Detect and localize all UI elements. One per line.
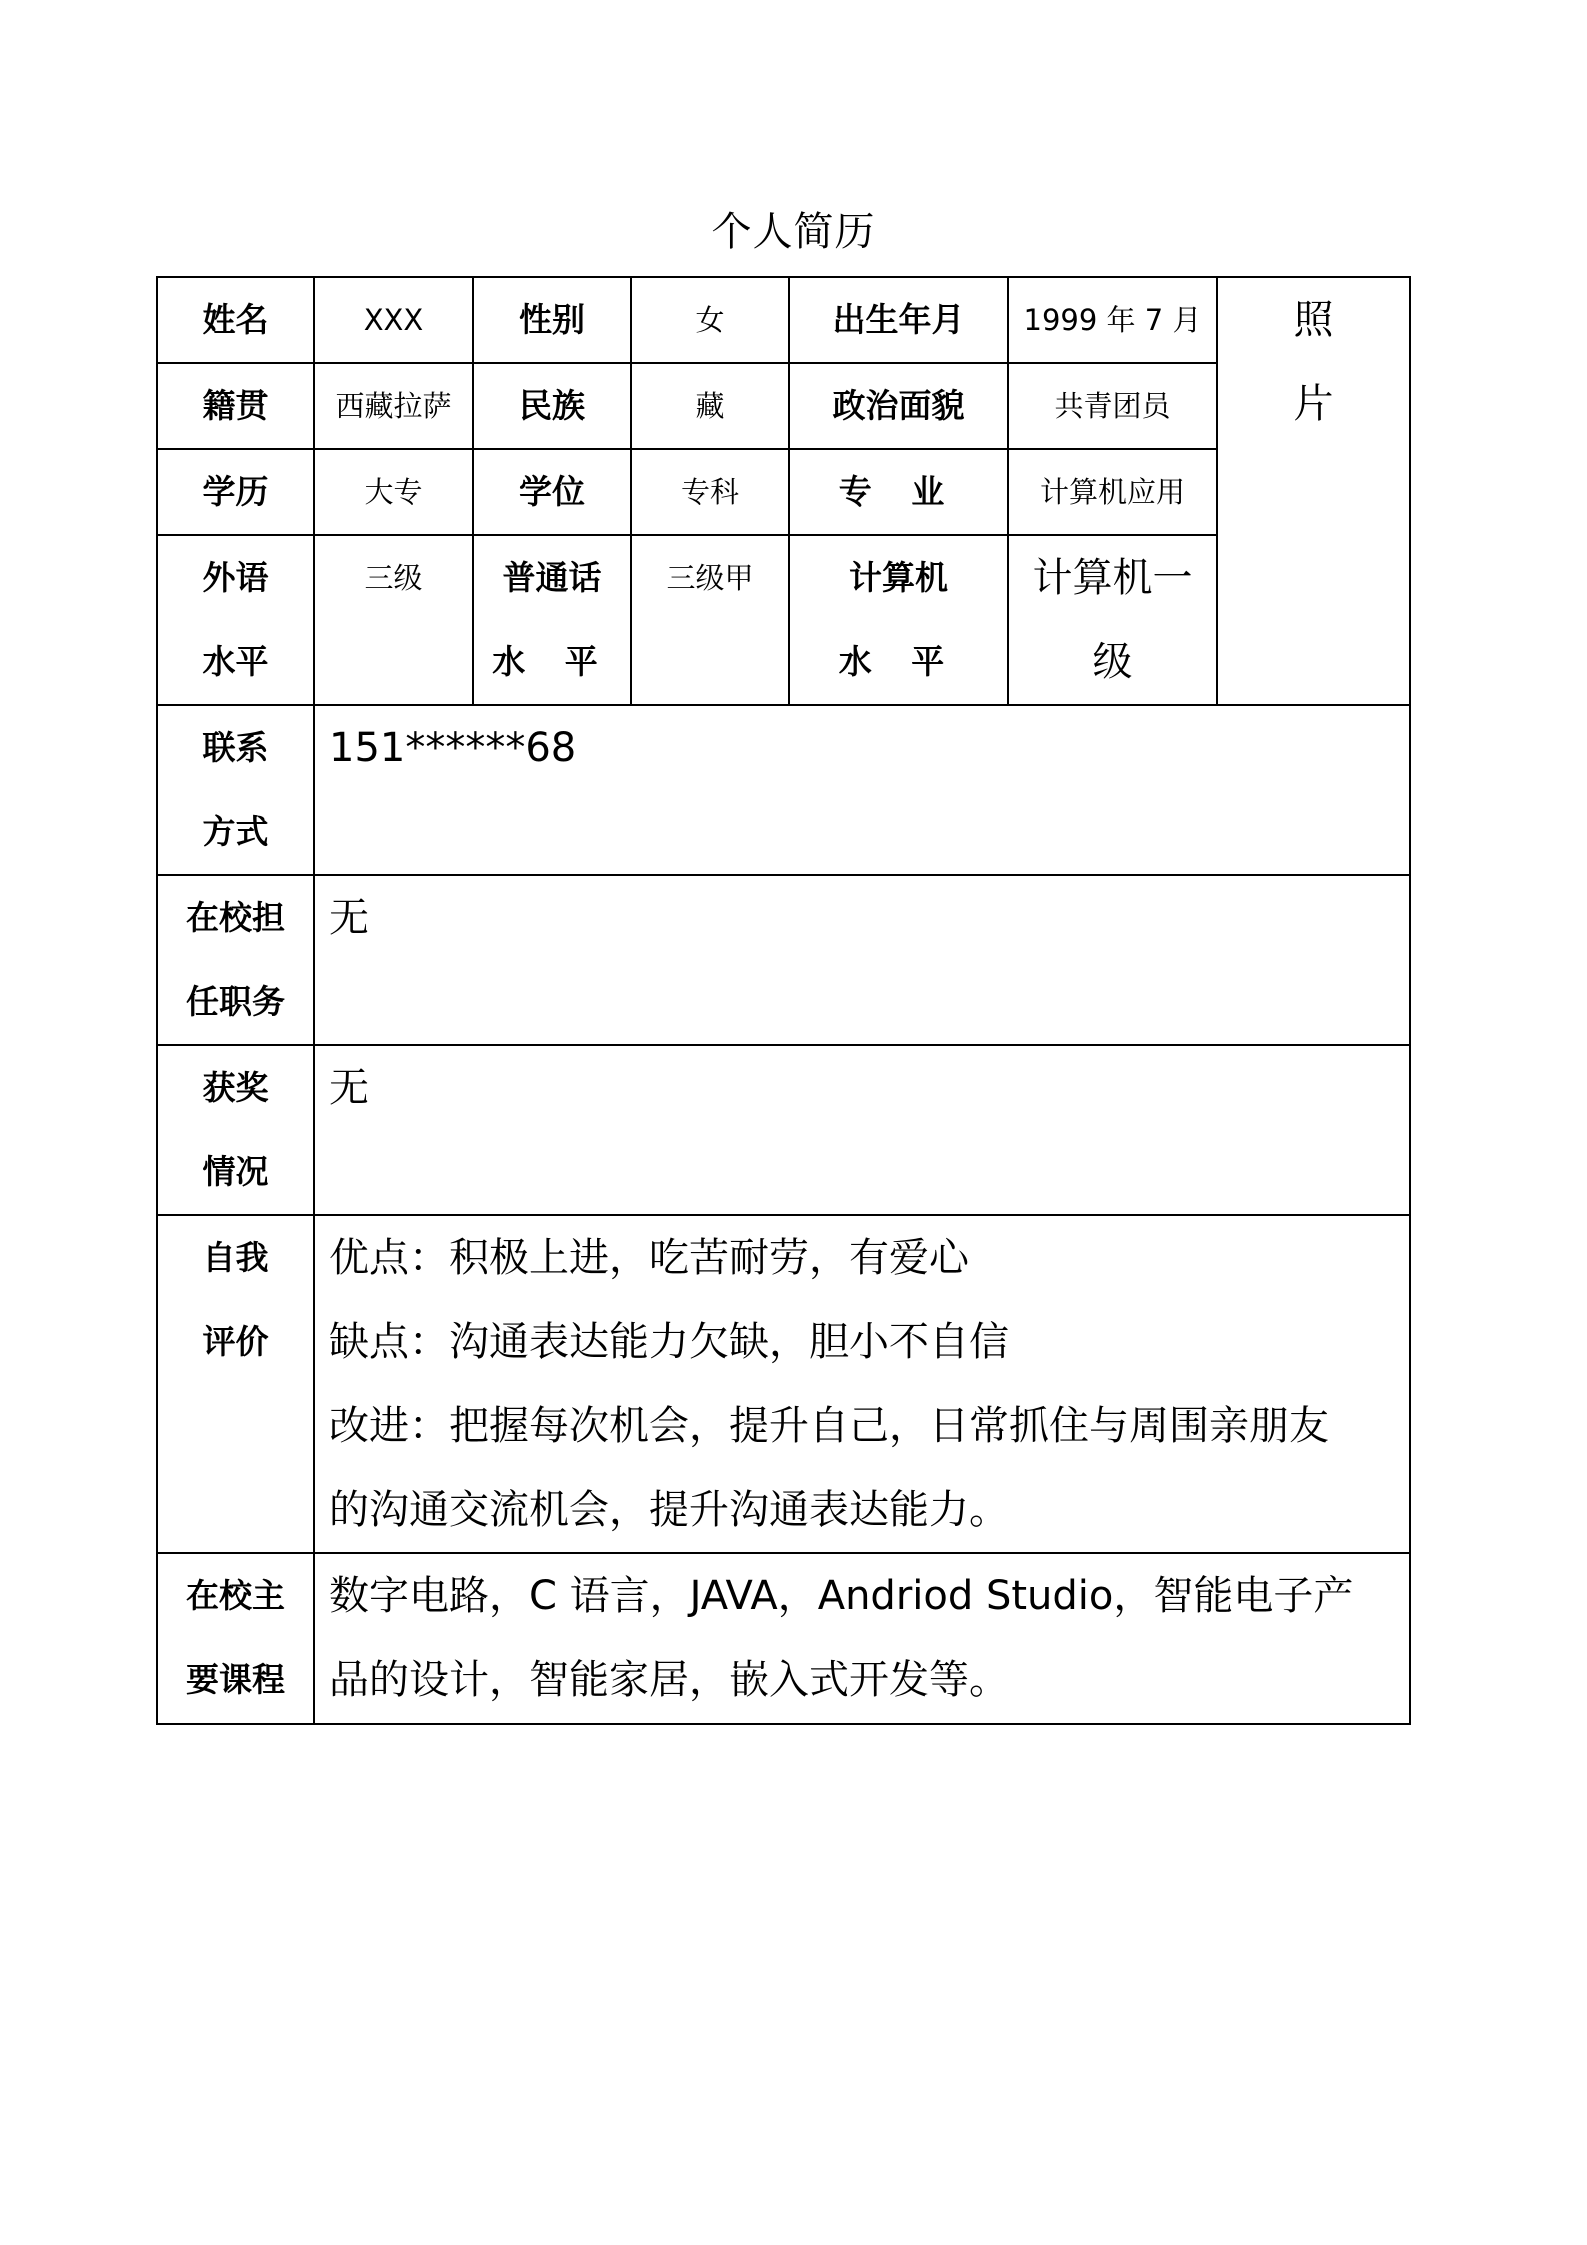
mandarin-label-line2: 水 平 [474, 620, 630, 704]
awards-label-line1: 获奖 [158, 1046, 313, 1130]
degree-value: 专科 [631, 449, 789, 535]
phone-number: 151******68 [329, 706, 1403, 790]
computer-level-label-line1: 计算机 [790, 536, 1007, 620]
political-label: 政治面貌 [789, 363, 1008, 449]
awards-value: 无 [314, 1045, 1410, 1215]
mandarin-label-line1: 普通话 [474, 536, 630, 620]
computer-level-label-line2: 水 平 [790, 620, 1007, 704]
weaknesses-line: 缺点：沟通表达能力欠缺，胆小不自信 [329, 1300, 1403, 1384]
courses-line-2: 品的设计，智能家居，嵌入式开发等。 [329, 1638, 1403, 1722]
school-position-label-line1: 在校担 [158, 876, 313, 960]
school-position-text: 无 [329, 876, 1403, 960]
row-name-gender-birth: 姓名 XXX 性别 女 出生年月 1999 年 7 月 照 片 [157, 277, 1410, 363]
mandarin-value: 三级甲 [631, 535, 789, 705]
self-evaluation-label-line1: 自我 [158, 1216, 313, 1300]
school-position-label: 在校担 任职务 [157, 875, 314, 1045]
row-school-position: 在校担 任职务 无 [157, 875, 1410, 1045]
native-place-value: 西藏拉萨 [314, 363, 473, 449]
education-label: 学历 [157, 449, 314, 535]
degree-label: 学位 [473, 449, 631, 535]
self-evaluation-label: 自我 评价 [157, 1215, 314, 1553]
courses-label-line1: 在校主 [158, 1554, 313, 1638]
school-position-label-line2: 任职务 [158, 960, 313, 1044]
photo-label-line2: 片 [1218, 362, 1409, 446]
page-title: 个人简历 [0, 206, 1587, 258]
native-place-label: 籍贯 [157, 363, 314, 449]
computer-level-value-line2: 级 [1009, 620, 1216, 704]
gender-label: 性别 [473, 277, 631, 363]
strengths-line: 优点：积极上进，吃苦耐劳，有爱心 [329, 1216, 1403, 1300]
courses-label: 在校主 要课程 [157, 1553, 314, 1724]
foreign-language-label-line1: 外语 [158, 536, 313, 620]
awards-label: 获奖 情况 [157, 1045, 314, 1215]
name-value: XXX [314, 277, 473, 363]
courses-line-1: 数字电路，C 语言，JAVA，Andriod Studio，智能电子产 [329, 1554, 1403, 1638]
major-value: 计算机应用 [1008, 449, 1217, 535]
birth-label: 出生年月 [789, 277, 1008, 363]
self-evaluation-label-line2: 评价 [158, 1300, 313, 1384]
self-evaluation-value: 优点：积极上进，吃苦耐劳，有爱心 缺点：沟通表达能力欠缺，胆小不自信 改进：把握… [314, 1215, 1410, 1553]
gender-value: 女 [631, 277, 789, 363]
education-value: 大专 [314, 449, 473, 535]
ethnicity-label: 民族 [473, 363, 631, 449]
foreign-language-label: 外语 水平 [157, 535, 314, 705]
row-courses: 在校主 要课程 数字电路，C 语言，JAVA，Andriod Studio，智能… [157, 1553, 1410, 1724]
courses-value: 数字电路，C 语言，JAVA，Andriod Studio，智能电子产 品的设计… [314, 1553, 1410, 1724]
birth-value: 1999 年 7 月 [1008, 277, 1217, 363]
photo-label-line1: 照 [1218, 278, 1409, 362]
computer-level-value-line1: 计算机一 [1009, 536, 1216, 620]
school-position-value: 无 [314, 875, 1410, 1045]
photo-placeholder: 照 片 [1217, 277, 1410, 705]
row-awards: 获奖 情况 无 [157, 1045, 1410, 1215]
name-label: 姓名 [157, 277, 314, 363]
computer-level-label: 计算机 水 平 [789, 535, 1008, 705]
foreign-language-label-line2: 水平 [158, 620, 313, 704]
contact-label: 联系 方式 [157, 705, 314, 875]
major-label: 专 业 [789, 449, 1008, 535]
mandarin-label: 普通话 水 平 [473, 535, 631, 705]
contact-label-line1: 联系 [158, 706, 313, 790]
row-contact: 联系 方式 151******68 [157, 705, 1410, 875]
row-self-evaluation: 自我 评价 优点：积极上进，吃苦耐劳，有爱心 缺点：沟通表达能力欠缺，胆小不自信… [157, 1215, 1410, 1553]
contact-value: 151******68 [314, 705, 1410, 875]
political-value: 共青团员 [1008, 363, 1217, 449]
ethnicity-value: 藏 [631, 363, 789, 449]
courses-label-line2: 要课程 [158, 1638, 313, 1722]
resume-table: 姓名 XXX 性别 女 出生年月 1999 年 7 月 照 片 籍贯 西藏拉萨 … [156, 276, 1411, 1725]
awards-label-line2: 情况 [158, 1130, 313, 1214]
contact-label-line2: 方式 [158, 790, 313, 874]
improvement-line-continued: 的沟通交流机会，提升沟通表达能力。 [329, 1468, 1403, 1552]
foreign-language-value: 三级 [314, 535, 473, 705]
computer-level-value: 计算机一 级 [1008, 535, 1217, 705]
improvement-line: 改进：把握每次机会，提升自己，日常抓住与周围亲朋友 [329, 1384, 1403, 1468]
awards-text: 无 [329, 1046, 1403, 1130]
